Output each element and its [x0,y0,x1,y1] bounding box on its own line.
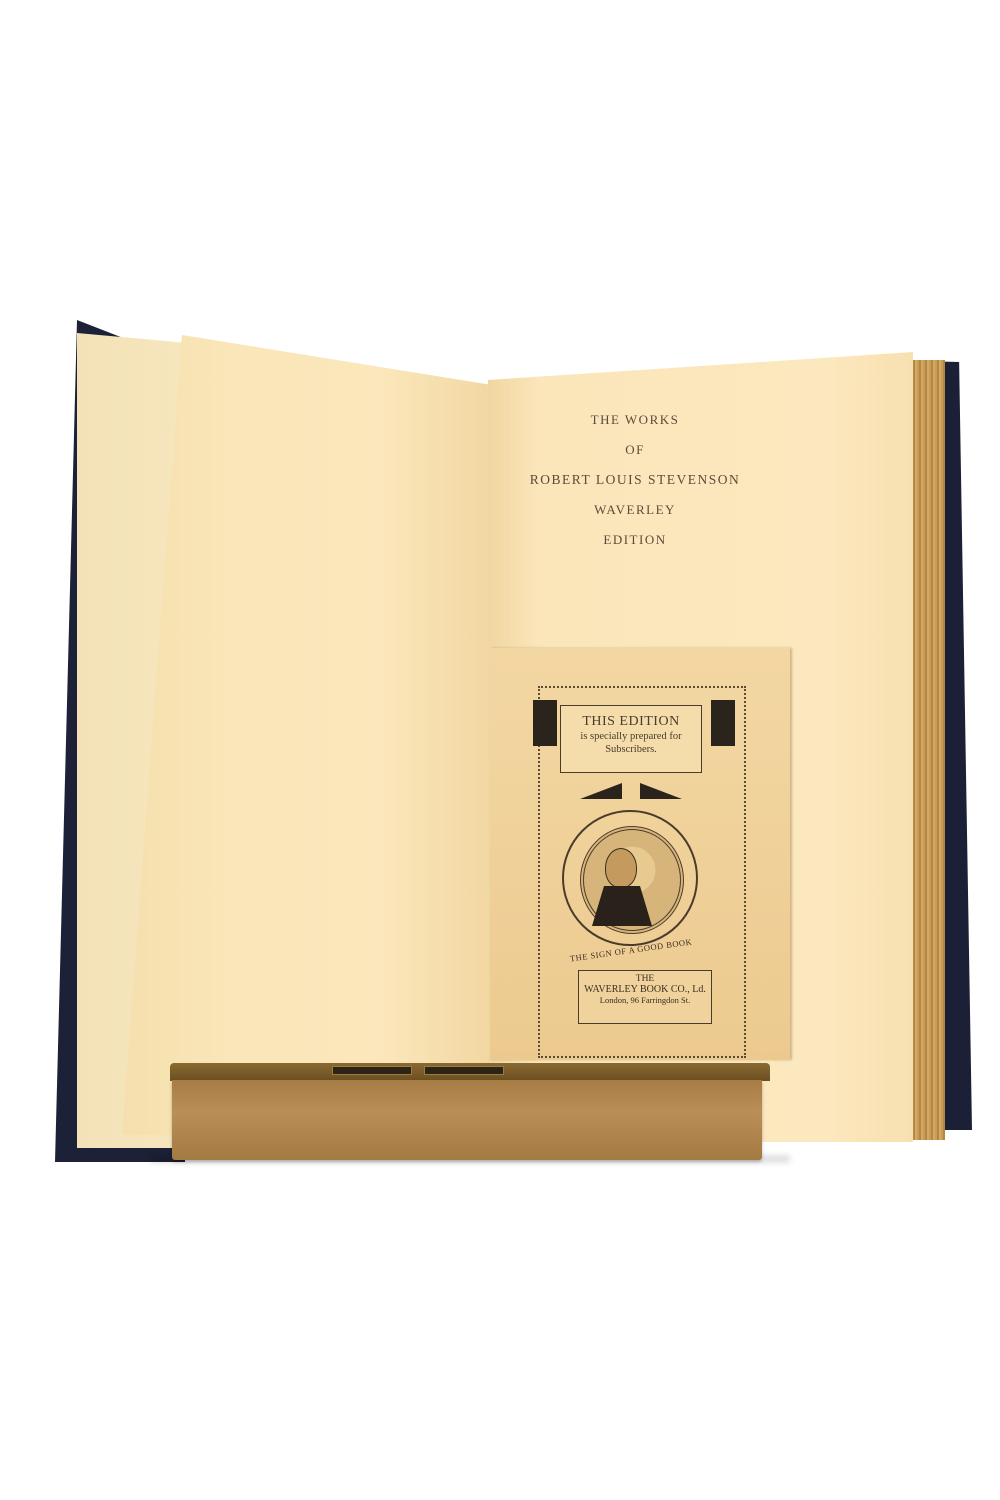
publisher-line-2: WAVERLEY BOOK CO., Ld. [579,984,711,995]
wooden-level-body [172,1080,762,1160]
celtic-knot-ornament-icon [533,700,557,746]
title-line-4: WAVERLEY [500,502,770,518]
level-vial-icon [332,1066,412,1075]
title-page-text: THE WORKS OF ROBERT LOUIS STEVENSON WAVE… [500,412,770,562]
title-line-5: EDITION [500,532,770,548]
publisher-banner: THE WAVERLEY BOOK CO., Ld. London, 96 Fa… [578,970,712,1024]
title-line-3: ROBERT LOUIS STEVENSON [500,472,770,488]
left-blank-page [122,335,492,1135]
publisher-line-3: London, 96 Farringdon St. [579,995,711,1005]
celtic-knot-ornament-icon [711,700,735,746]
edition-subtext-2: Subscribers. [561,743,701,756]
edition-banner: THIS EDITION is specially prepared for S… [560,705,702,773]
portrait-face [605,848,637,888]
title-line-2: OF [500,442,770,458]
edition-subtext-1: is specially prepared for [561,730,701,743]
title-line-1: THE WORKS [500,412,770,428]
edition-heading: THIS EDITION [561,714,701,730]
level-vial-icon [424,1066,504,1075]
publisher-line-1: THE [579,974,711,984]
